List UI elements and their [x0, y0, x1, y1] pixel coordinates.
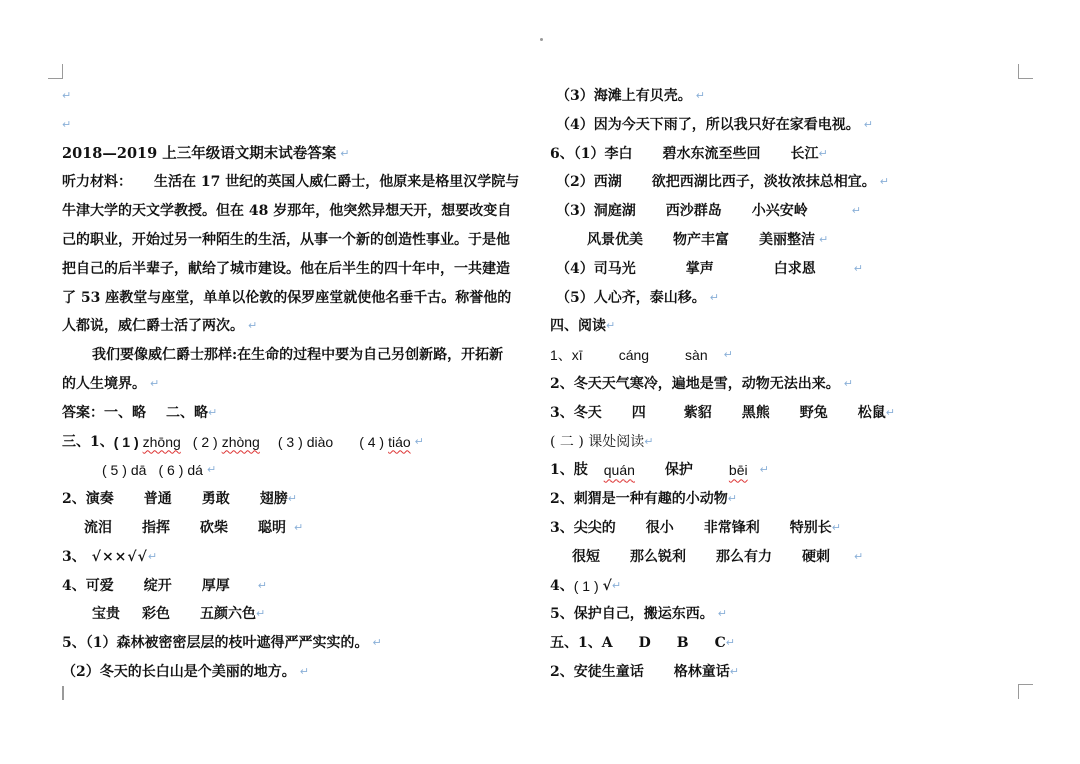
listening-label: 听力材料：	[62, 168, 132, 197]
answers-intro: 答案：一、略 二、略 ↵	[62, 399, 532, 428]
paragraph-mark-icon: ↵	[819, 226, 828, 255]
item-number: ( 6 )	[158, 456, 183, 485]
word-answer: 尖尖的	[574, 514, 616, 543]
margin-mark-bottom-left	[62, 686, 64, 700]
paragraph-mark-icon: ↵	[248, 312, 257, 341]
listening-line: 把自己的后半辈子，献给了城市建设。他在后半生的四十年中，一共建造	[62, 255, 532, 284]
item-number: ( 1 )	[114, 428, 139, 457]
paragraph-mark-icon: ↵	[718, 600, 727, 629]
s5-q1: 五、1、 A D B C ↵	[550, 629, 1020, 658]
pinyin-answer: xī	[572, 341, 583, 370]
paragraph-mark-icon: ↵	[256, 600, 265, 629]
s4-p2-q3-row2: 很短 那么锐利 那么有力 硬刺 ↵	[550, 543, 1020, 572]
word-answer: 西沙群岛	[666, 197, 722, 226]
margin-corner-bottom-right	[1018, 684, 1033, 699]
item-number: ( 2 )	[193, 428, 218, 457]
q5-line1: 5、（1）森林被密密层层的枝叶遮得严严实实的。 ↵	[62, 629, 532, 658]
word-answer: 白求恩	[774, 255, 816, 284]
word-answer: 西湖	[594, 168, 622, 197]
paragraph-mark-icon: ↵	[724, 341, 733, 370]
q6-row1: 6、（1） 李白 碧水东流至些回 长江 ↵	[550, 140, 1020, 169]
listening-text: 人都说，威仁爵士活了两次。	[62, 312, 244, 341]
item-number: ( 3 )	[278, 428, 303, 457]
word-answer: 司马光	[594, 255, 636, 284]
q5-line4: （4）因为今天下雨了，所以我只好在家看电视。 ↵	[550, 111, 1020, 140]
choice-answer: A	[602, 629, 613, 658]
paragraph-mark-icon: ↵	[832, 514, 841, 543]
margin-corner-top-right	[1018, 64, 1033, 79]
paragraph-mark-icon: ↵	[854, 255, 863, 284]
word-answer: 特别长	[790, 514, 832, 543]
pinyin-answer: zhōng	[143, 428, 181, 457]
paragraph-mark-icon: ↵	[880, 168, 889, 197]
s4-q3: 3、 冬天 四 紫貂 黑熊 野兔 松鼠 ↵	[550, 399, 1020, 428]
paragraph-mark-icon: ↵	[886, 399, 895, 428]
pinyin-answer: zhòng	[222, 428, 260, 457]
pinyin-answer: bēi	[729, 456, 748, 485]
word-answer: 黑熊	[742, 399, 770, 428]
word-answer: 五颜六色	[200, 600, 256, 629]
word-answer: 很小	[646, 514, 674, 543]
word-answer: 那么锐利	[630, 543, 686, 572]
word-answer: 洞庭湖	[594, 197, 636, 226]
q-prefix: 3、	[550, 399, 574, 428]
moral-line: 我们要像威仁爵士那样:在生命的过程中要为自己另创新路，开拓新	[62, 341, 532, 370]
choice-answer: D	[639, 629, 651, 658]
section-heading: 四、阅读	[550, 312, 606, 341]
q5-line2: （2）冬天的长白山是个美丽的地方。 ↵	[62, 658, 532, 687]
paragraph-mark-icon: ↵	[728, 485, 737, 514]
listening-line: 了 53 座教堂与座堂，单单以伦敦的保罗座堂就使他名垂千古。称誉他的	[62, 284, 532, 313]
q3-row: 3、 √××√√ ↵	[62, 543, 532, 572]
word-answer: 彩色	[142, 600, 170, 629]
section-heading: ( 二 ) 课处阅读	[550, 428, 644, 457]
s4-p2-q5: 5、保护自己，搬运东西。 ↵	[550, 600, 1020, 629]
word-answer: 厚厚	[202, 572, 230, 601]
pinyin-answer: cáng	[619, 341, 649, 370]
pinyin-answer: tiáo	[388, 428, 411, 457]
sentence-answer: 5、（1）森林被密密层层的枝叶遮得严严实实的。	[62, 629, 368, 658]
pinyin-answer: quán	[604, 456, 635, 485]
word-answer: 掌声	[686, 255, 714, 284]
paragraph-mark-icon: ↵	[726, 629, 735, 658]
q4-row2: 宝贵 彩色 五颜六色 ↵	[62, 600, 532, 629]
word-answer: 非常锋利	[704, 514, 760, 543]
paragraph-mark-icon: ↵	[696, 82, 705, 111]
margin-corner-top-left	[48, 64, 63, 79]
word-answer: 风景优美	[587, 226, 643, 255]
paragraph-mark-icon: ↵	[415, 428, 424, 457]
pinyin-answer: sàn	[685, 341, 708, 370]
page-top-marker	[540, 38, 543, 41]
q2-row1: 2、 演奏 普通 勇敢 翅膀 ↵	[62, 485, 532, 514]
word-answer: 聪明	[258, 514, 286, 543]
q-prefix: 1、	[550, 456, 574, 485]
s4-p2-q4: 4、 ( 1 ) √ ↵	[550, 572, 1020, 601]
word-answer: 安徒生童话	[574, 658, 644, 687]
paragraph-mark-icon: ↵	[854, 543, 863, 572]
word-answer: 小兴安岭	[752, 197, 808, 226]
proverb-answer: 人心齐，泰山移。	[594, 284, 706, 313]
paragraph-mark-icon: ↵	[852, 197, 861, 226]
paragraph-mark-icon: ↵	[760, 456, 769, 485]
pinyin-answer: diào	[307, 428, 333, 457]
poem-answer: 欲把西湖比西子，淡妆浓抹总相宜。	[652, 168, 876, 197]
word-answer: 普通	[144, 485, 172, 514]
paragraph-mark-icon: ↵	[710, 284, 719, 313]
q-prefix: 3、	[550, 514, 574, 543]
sentence-answer: 2、刺猬是一种有趣的小动物	[550, 485, 728, 514]
section5-prefix: 五、1、	[550, 629, 602, 658]
paragraph-mark-icon: ↵	[340, 140, 349, 169]
word-answer: 长江	[790, 140, 818, 169]
section4-heading: 四、阅读 ↵	[550, 312, 1020, 341]
q-prefix: 1、	[550, 341, 572, 370]
q6-row3: （3） 洞庭湖 西沙群岛 小兴安岭 ↵	[550, 197, 1020, 226]
q-prefix: 4、	[550, 572, 574, 601]
left-column: ↵ ↵ 2018—2019 上三年级语文期末试卷答案 ↵ 听力材料： 生活在 1…	[62, 82, 532, 687]
s4-q1: 1、 xī cáng sàn ↵	[550, 341, 1020, 370]
paragraph-mark-icon: ↵	[644, 428, 653, 457]
answer-one: 答案：一、略	[62, 399, 146, 428]
paragraph-mark-icon: ↵	[294, 514, 303, 543]
paragraph-mark-icon: ↵	[207, 456, 216, 485]
word-answer: 绽开	[144, 572, 172, 601]
word-answer: 宝贵	[92, 600, 120, 629]
word-answer: 李白	[604, 140, 632, 169]
pinyin-answer: dá	[187, 456, 203, 485]
q6-row5: （5） 人心齐，泰山移。 ↵	[550, 284, 1020, 313]
section3-prefix: 三、1、	[62, 428, 114, 457]
sentence-answer: （2）冬天的长白山是个美丽的地方。	[62, 658, 296, 687]
moral-text: 我们要像威仁爵士那样:在生命的过程中要为自己另创新路，开拓新	[92, 341, 503, 370]
listening-line: 牛津大学的天文学教授。但在 48 岁那年，他突然异想天开，想要改变自	[62, 197, 532, 226]
q-prefix: 2、	[550, 658, 574, 687]
word-answer: 流泪	[84, 514, 112, 543]
sentence-answer: （3）海滩上有贝壳。	[556, 82, 692, 111]
s5-q2: 2、 安徒生童话 格林童话 ↵	[550, 658, 1020, 687]
paragraph-mark-icon: ↵	[62, 111, 71, 140]
s4-part2-heading: ( 二 ) 课处阅读 ↵	[550, 428, 1020, 457]
listening-text: 把自己的后半辈子，献给了城市建设。他在后半生的四十年中，一共建造	[62, 255, 510, 284]
judgement-answer: √	[603, 572, 612, 601]
paragraph-mark-icon: ↵	[288, 485, 297, 514]
word-answer: 物产丰富	[673, 226, 729, 255]
paragraph-mark-icon: ↵	[606, 312, 615, 341]
item-number: ( 1 )	[574, 572, 599, 601]
choice-answer: C	[715, 629, 726, 658]
s4-q2: 2、冬天天气寒冷，遍地是雪，动物无法出来。 ↵	[550, 370, 1020, 399]
moral-line: 的人生境界。 ↵	[62, 370, 532, 399]
paragraph-mark-icon: ↵	[864, 111, 873, 140]
word-answer: 格林童话	[674, 658, 730, 687]
empty-paragraph: ↵	[62, 82, 532, 111]
word-answer: 保护	[665, 456, 693, 485]
s4-p2-q3-row1: 3、 尖尖的 很小 非常锋利 特别长 ↵	[550, 514, 1020, 543]
document-title: 2018—2019 上三年级语文期末试卷答案 ↵	[62, 140, 532, 169]
q6-prefix: 6、（1）	[550, 140, 604, 169]
section3-row1: 三、1、 ( 1 ) zhōng ( 2 ) zhòng ( 3 ) diào …	[62, 428, 532, 457]
q6-prefix: （3）	[556, 197, 594, 226]
word-answer: 碧水东流至些回	[662, 140, 760, 169]
word-answer: 勇敢	[202, 485, 230, 514]
paragraph-mark-icon: ↵	[258, 572, 267, 601]
pinyin-answer: dā	[131, 456, 147, 485]
q6-prefix: （4）	[556, 255, 594, 284]
word-answer: 松鼠	[858, 399, 886, 428]
paragraph-mark-icon: ↵	[150, 370, 159, 399]
q2-prefix: 2、	[62, 485, 86, 514]
word-answer: 很短	[572, 543, 600, 572]
word-answer: 肢	[574, 456, 588, 485]
q6-row2: （2） 西湖 欲把西湖比西子，淡妆浓抹总相宜。 ↵	[550, 168, 1020, 197]
q6-row4: （4） 司马光 掌声 白求恩 ↵	[550, 255, 1020, 284]
q5-line3: （3）海滩上有贝壳。 ↵	[550, 82, 1020, 111]
listening-line: 己的职业，开始过另一种陌生的生活，从事一个新的创造性事业。于是他	[62, 226, 532, 255]
title-text: 2018—2019 上三年级语文期末试卷答案	[62, 140, 336, 169]
judgement-answer: √××√√	[92, 543, 148, 572]
listening-line: 人都说，威仁爵士活了两次。 ↵	[62, 312, 532, 341]
word-answer: 可爱	[86, 572, 114, 601]
paragraph-mark-icon: ↵	[148, 543, 157, 572]
sentence-answer: 2、冬天天气寒冷，遍地是雪，动物无法出来。	[550, 370, 840, 399]
q6-prefix: （2）	[556, 168, 594, 197]
paragraph-mark-icon: ↵	[818, 140, 827, 169]
s4-p2-q2: 2、刺猬是一种有趣的小动物 ↵	[550, 485, 1020, 514]
item-number: ( 5 )	[102, 456, 127, 485]
q6-prefix: （5）	[556, 284, 594, 313]
paragraph-mark-icon: ↵	[208, 399, 217, 428]
word-answer: 野兔	[800, 399, 828, 428]
sentence-answer: （4）因为今天下雨了，所以我只好在家看电视。	[556, 111, 860, 140]
word-answer: 美丽整洁	[759, 226, 815, 255]
word-answer: 冬天	[574, 399, 602, 428]
item-number: ( 4 )	[359, 428, 384, 457]
paragraph-mark-icon: ↵	[844, 370, 853, 399]
q4-row1: 4、 可爱 绽开 厚厚 ↵	[62, 572, 532, 601]
q4-prefix: 4、	[62, 572, 86, 601]
paragraph-mark-icon: ↵	[300, 658, 309, 687]
q3-prefix: 3、	[62, 543, 86, 572]
s4-p2-q1: 1、 肢 quán 保护 bēi ↵	[550, 456, 1020, 485]
word-answer: 指挥	[142, 514, 170, 543]
listening-text: 牛津大学的天文学教授。但在 48 岁那年，他突然异想天开，想要改变自	[62, 197, 511, 226]
section3-row2: ( 5 ) dā ( 6 ) dá ↵	[62, 456, 532, 485]
paragraph-mark-icon: ↵	[730, 658, 739, 687]
word-answer: 砍柴	[200, 514, 228, 543]
sentence-answer: 5、保护自己，搬运东西。	[550, 600, 714, 629]
word-answer: 四	[632, 399, 646, 428]
q6-row3b: 风景优美 物产丰富 美丽整洁 ↵	[550, 226, 1020, 255]
listening-text: 生活在 17 世纪的英国人威仁爵士，他原来是格里汉学院与	[154, 168, 519, 197]
paragraph-mark-icon: ↵	[612, 572, 621, 601]
paragraph-mark-icon: ↵	[372, 629, 381, 658]
q2-row2: 流泪 指挥 砍柴 聪明 ↵	[62, 514, 532, 543]
listening-text: 己的职业，开始过另一种陌生的生活，从事一个新的创造性事业。于是他	[62, 226, 510, 255]
listening-line: 听力材料： 生活在 17 世纪的英国人威仁爵士，他原来是格里汉学院与	[62, 168, 532, 197]
word-answer: 那么有力	[716, 543, 772, 572]
empty-paragraph: ↵	[62, 111, 532, 140]
word-answer: 翅膀	[260, 485, 288, 514]
moral-text: 的人生境界。	[62, 370, 146, 399]
paragraph-mark-icon: ↵	[62, 82, 71, 111]
listening-text: 了 53 座教堂与座堂，单单以伦敦的保罗座堂就使他名垂千古。称誉他的	[62, 284, 511, 313]
word-answer: 紫貂	[684, 399, 712, 428]
word-answer: 演奏	[86, 485, 114, 514]
answer-two: 二、略	[166, 399, 208, 428]
word-answer: 硬刺	[802, 543, 830, 572]
right-column: （3）海滩上有贝壳。 ↵ （4）因为今天下雨了，所以我只好在家看电视。 ↵ 6、…	[550, 82, 1020, 687]
choice-answer: B	[677, 629, 689, 658]
